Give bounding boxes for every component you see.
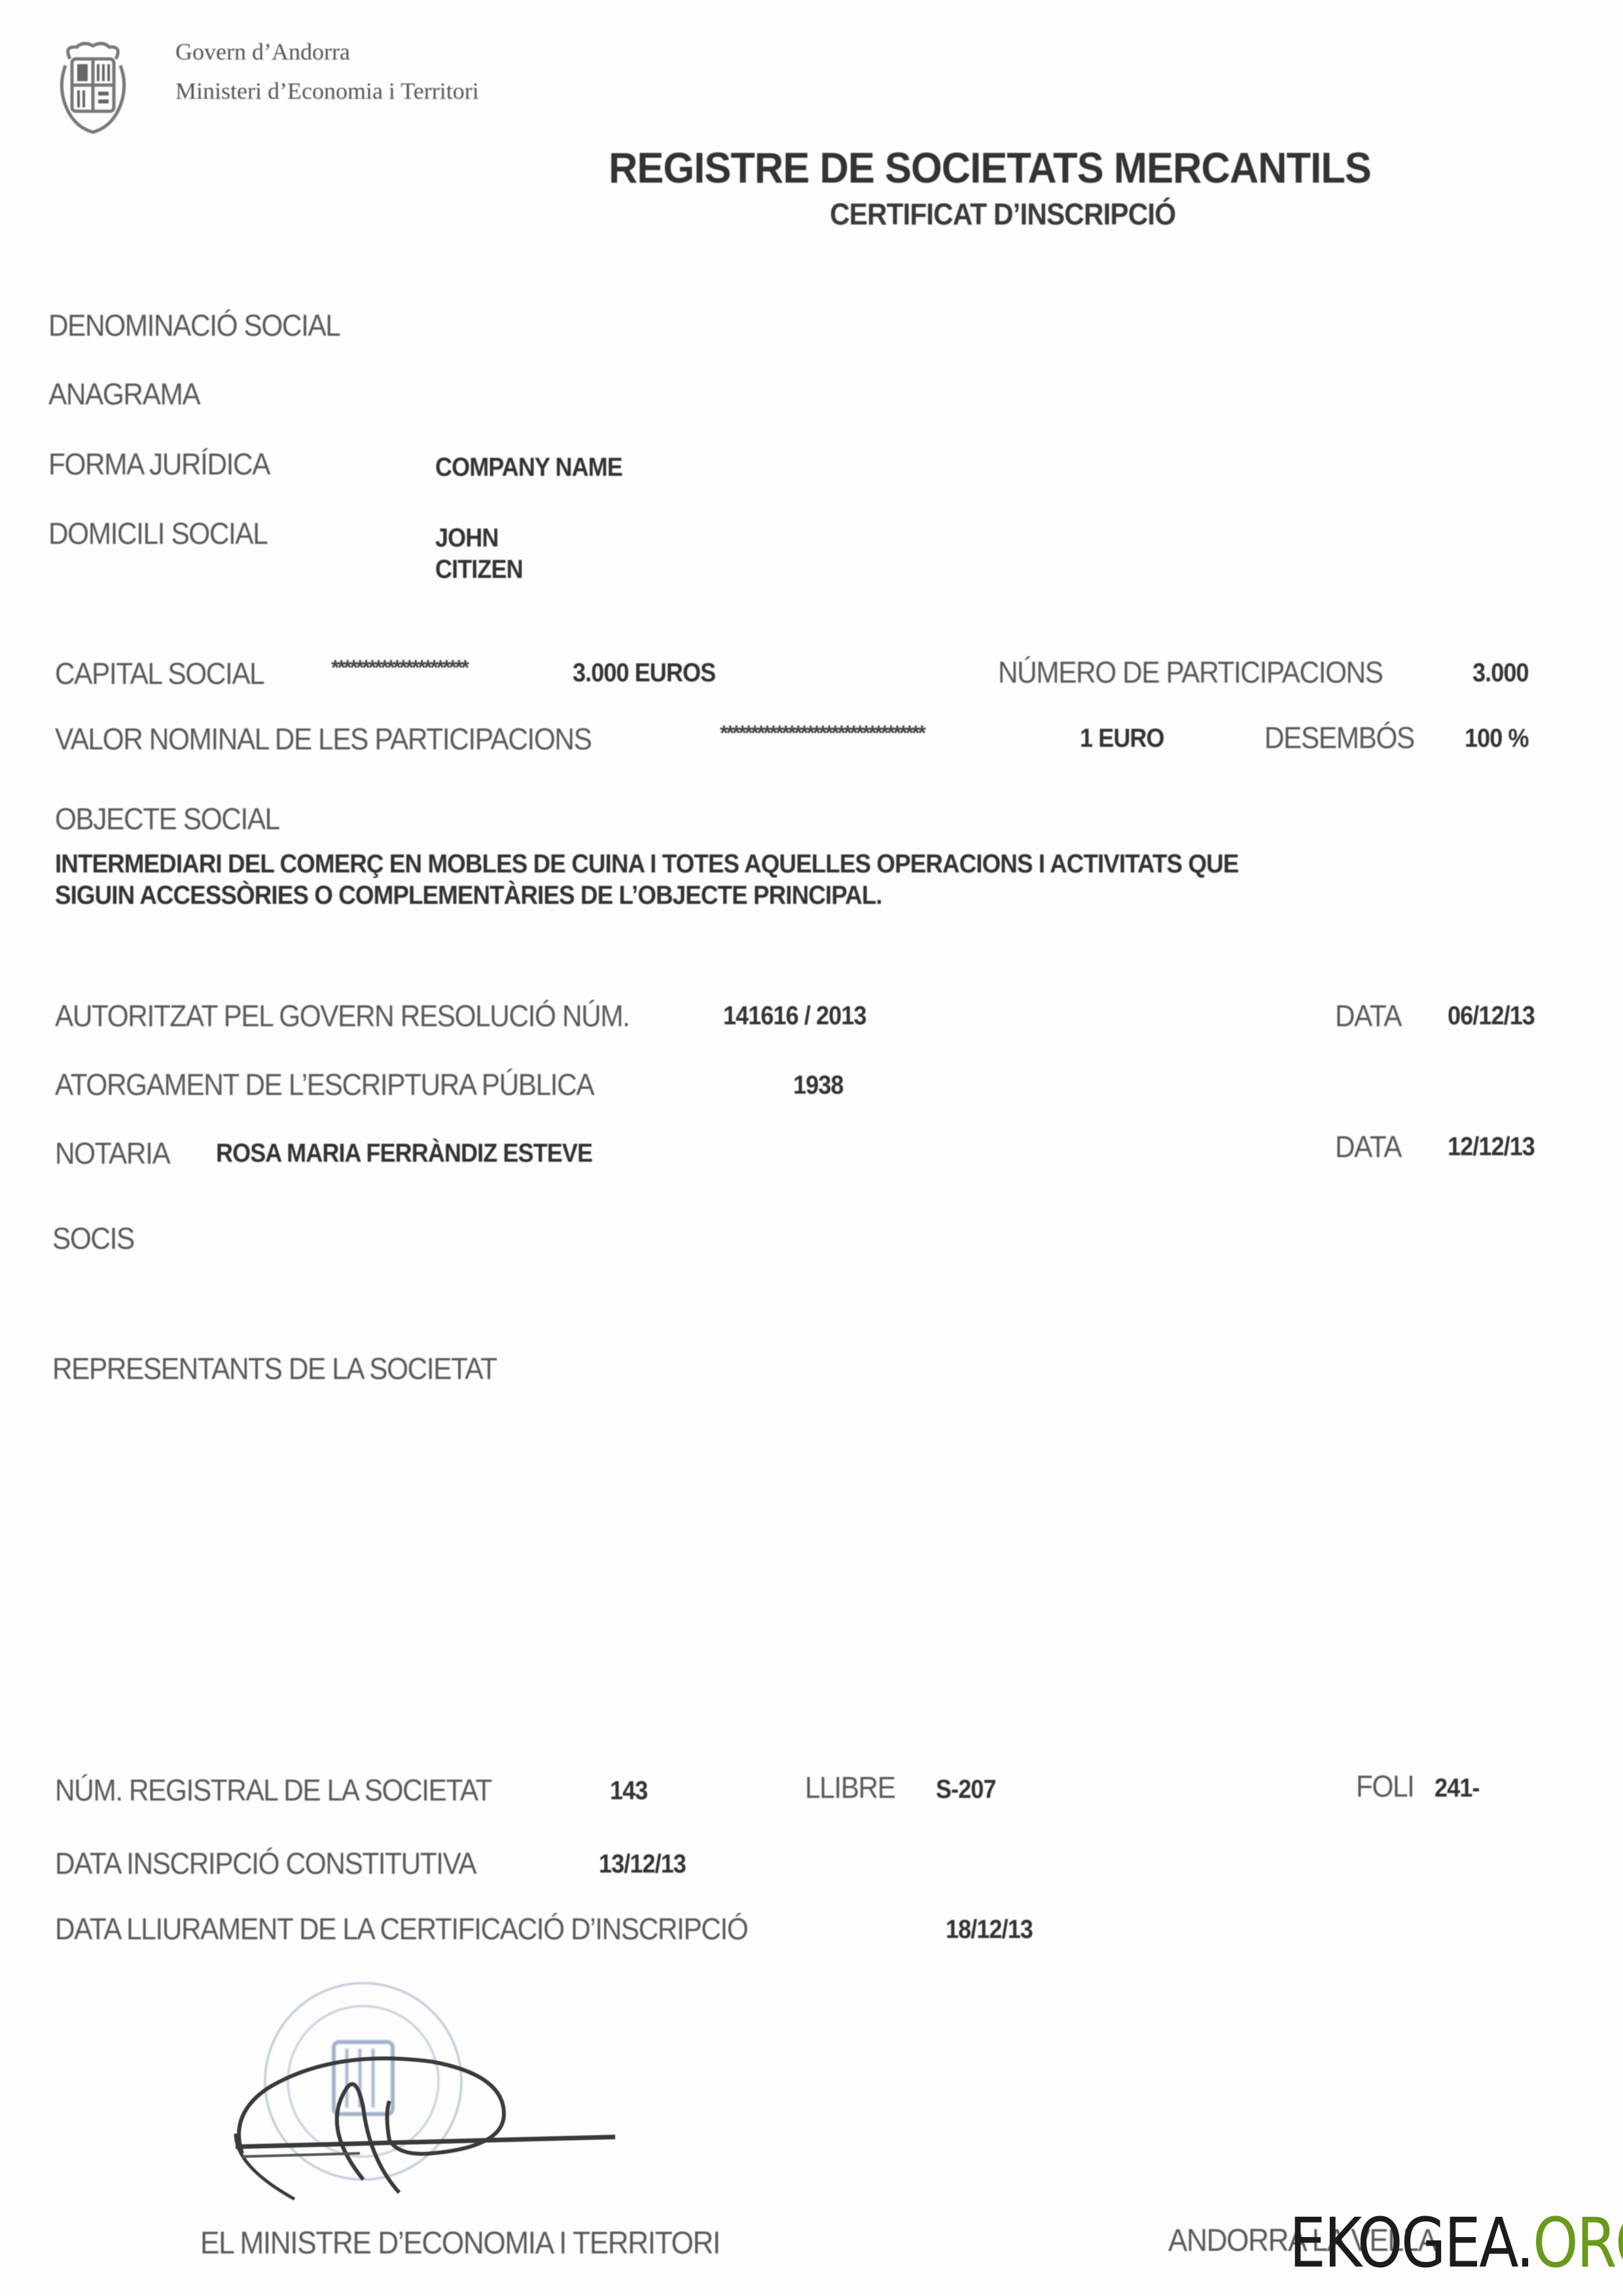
objecte-social-label: OBJECTE SOCIAL xyxy=(55,801,279,836)
watermark-part1: EKOGEA. xyxy=(1289,2203,1533,2283)
data1-value: 06/12/13 xyxy=(1448,1001,1535,1031)
foli-label: FOLI xyxy=(1356,1768,1414,1804)
num-participacions-label: NÚMERO DE PARTICIPACIONS xyxy=(998,655,1383,690)
objecte-social-line1: INTERMEDIARI DEL COMERÇ EN MOBLES DE CUI… xyxy=(55,850,1238,879)
atorgament-label: ATORGAMENT DE L’ESCRIPTURA PÚBLICA xyxy=(55,1067,594,1102)
page-subtitle: CERTIFICAT D’INSCRIPCIÓ xyxy=(830,196,1175,232)
atorgament-value: 1938 xyxy=(793,1071,843,1100)
valor-nominal-fill: ********************************* xyxy=(720,721,924,745)
data2-value: 12/12/13 xyxy=(1448,1132,1535,1162)
data-inscripcio-label: DATA INSCRIPCIÓ CONSTITUTIVA xyxy=(55,1846,476,1881)
denominacio-social-label: DENOMINACIÓ SOCIAL xyxy=(48,308,340,343)
capital-social-fill: ********************** xyxy=(331,656,467,680)
valor-nominal-label: VALOR NOMINAL DE LES PARTICIPACIONS xyxy=(55,721,591,757)
anagrama-label: ANAGRAMA xyxy=(48,376,200,412)
capital-social-label: CAPITAL SOCIAL xyxy=(55,656,264,691)
forma-juridica-label: FORMA JURÍDICA xyxy=(48,446,270,482)
llibre-label: LLIBRE xyxy=(805,1770,895,1805)
forma-juridica-value: COMPANY NAME xyxy=(435,453,622,482)
data-lliurament-value: 18/12/13 xyxy=(946,1915,1033,1945)
ministry-name: Ministeri d’Economia i Territori xyxy=(175,77,479,105)
data-lliurament-label: DATA LLIURAMENT DE LA CERTIFICACIÓ D’INS… xyxy=(55,1911,747,1946)
autoritzat-value: 141616 / 2013 xyxy=(723,1001,866,1031)
domicili-social-label: DOMICILI SOCIAL xyxy=(48,516,267,551)
domicili-social-value-line2: CITIZEN xyxy=(435,555,523,584)
notaria-label: NOTARIA xyxy=(55,1136,169,1171)
watermark-part2: ORG xyxy=(1533,2203,1623,2283)
objecte-social-line2: SIGUIN ACCESSÒRIES O COMPLEMENTÀRIES DE … xyxy=(55,881,882,910)
desembos-value: 100 % xyxy=(1465,724,1529,753)
domicili-social-value-line1: JOHN xyxy=(435,524,498,553)
andorra-coat-of-arms-icon xyxy=(54,39,132,137)
num-registral-value: 143 xyxy=(610,1776,647,1806)
signature-icon xyxy=(216,2036,622,2206)
ekogea-watermark: EKOGEA.ORG xyxy=(1289,2203,1623,2283)
llibre-value: S-207 xyxy=(936,1775,996,1804)
capital-social-value: 3.000 EUROS xyxy=(573,658,715,688)
notaria-value: ROSA MARIA FERRÀNDIZ ESTEVE xyxy=(216,1139,592,1168)
data-inscripcio-value: 13/12/13 xyxy=(599,1850,686,1879)
autoritzat-label: AUTORITZAT PEL GOVERN RESOLUCIÓ NÚM. xyxy=(55,998,630,1033)
page-title: REGISTRE DE SOCIETATS MERCANTILS xyxy=(609,143,1371,192)
org-name: Govern d’Andorra xyxy=(175,38,350,65)
valor-nominal-value: 1 EURO xyxy=(1080,724,1164,753)
desembos-label: DESEMBÓS xyxy=(1264,720,1414,755)
num-registral-label: NÚM. REGISTRAL DE LA SOCIETAT xyxy=(55,1772,491,1808)
num-participacions-value: 3.000 xyxy=(1472,658,1529,688)
data2-label: DATA xyxy=(1335,1129,1401,1164)
data1-label: DATA xyxy=(1335,998,1401,1033)
foli-value: 241- xyxy=(1435,1774,1479,1803)
signatory-title: EL MINISTRE D’ECONOMIA I TERRITORI xyxy=(200,2225,720,2261)
socis-label: SOCIS xyxy=(52,1221,134,1256)
representants-label: REPRESENTANTS DE LA SOCIETAT xyxy=(52,1351,497,1386)
